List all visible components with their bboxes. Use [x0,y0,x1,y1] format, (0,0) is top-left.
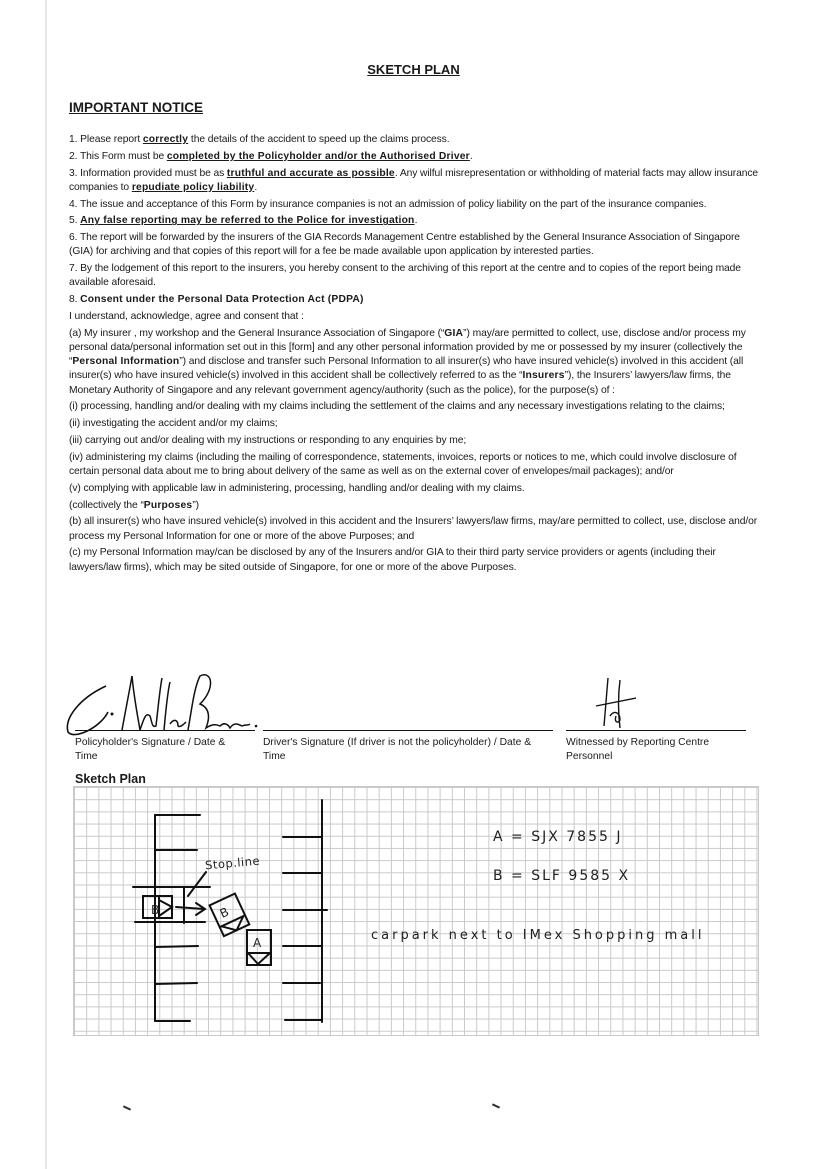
notice-item-1: 1. Please report correctly the details o… [69,133,759,147]
purpose-i: (i) processing, handling and/or dealing … [69,400,759,414]
accident-location-note: carpark next to IMex Shopping mall [371,928,704,943]
purpose-iii: (iii) carrying out and/or dealing with m… [69,434,759,448]
scan-speck [492,1103,500,1108]
purpose-v: (v) complying with applicable law in adm… [69,482,759,496]
policyholder-signature-label: Policyholder's Signature / Date & Time [75,736,250,764]
vehicle-a-plate: A = SJX 7855 J [493,829,622,845]
consent-intro: I understand, acknowledge, agree and con… [69,310,759,324]
notice-body: 1. Please report correctly the details o… [69,133,759,577]
clause-a: (a) My insurer , my workshop and the Gen… [69,327,759,398]
sketch-plan-label: Sketch Plan [75,772,146,786]
policyholder-signature-line [75,730,255,731]
driver-signature-line [263,730,553,731]
purposes-definition: (collectively the “Purposes”) [69,499,759,513]
notice-heading: IMPORTANT NOTICE [69,100,203,115]
vehicle-b-plate: B = SLF 9585 X [493,868,630,884]
notice-item-2: 2. This Form must be completed by the Po… [69,150,759,164]
notice-item-8: 8. Consent under the Personal Data Prote… [69,293,759,307]
driver-signature-label: Driver's Signature (If driver is not the… [263,736,548,764]
purpose-ii: (ii) investigating the accident and/or m… [69,417,759,431]
clause-c: (c) my Personal Information may/can be d… [69,546,759,574]
scan-speck [123,1105,131,1110]
sketch-grid [73,786,759,1036]
witness-signature-line [566,730,746,731]
witness-signature [590,676,650,732]
document-title: SKETCH PLAN [0,62,827,77]
notice-item-6: 6. The report will be forwarded by the i… [69,231,759,259]
notice-item-7: 7. By the lodgement of this report to th… [69,262,759,290]
notice-item-3: 3. Information provided must be as truth… [69,167,759,195]
clause-b: (b) all insurer(s) who have insured vehi… [69,515,759,543]
notice-item-5: 5. Any false reporting may be referred t… [69,214,759,228]
page-margin-line [45,0,47,1169]
witness-signature-label: Witnessed by Reporting Centre Personnel [566,736,751,764]
purpose-iv: (iv) administering my claims (including … [69,451,759,479]
notice-item-4: 4. The issue and acceptance of this Form… [69,198,759,212]
